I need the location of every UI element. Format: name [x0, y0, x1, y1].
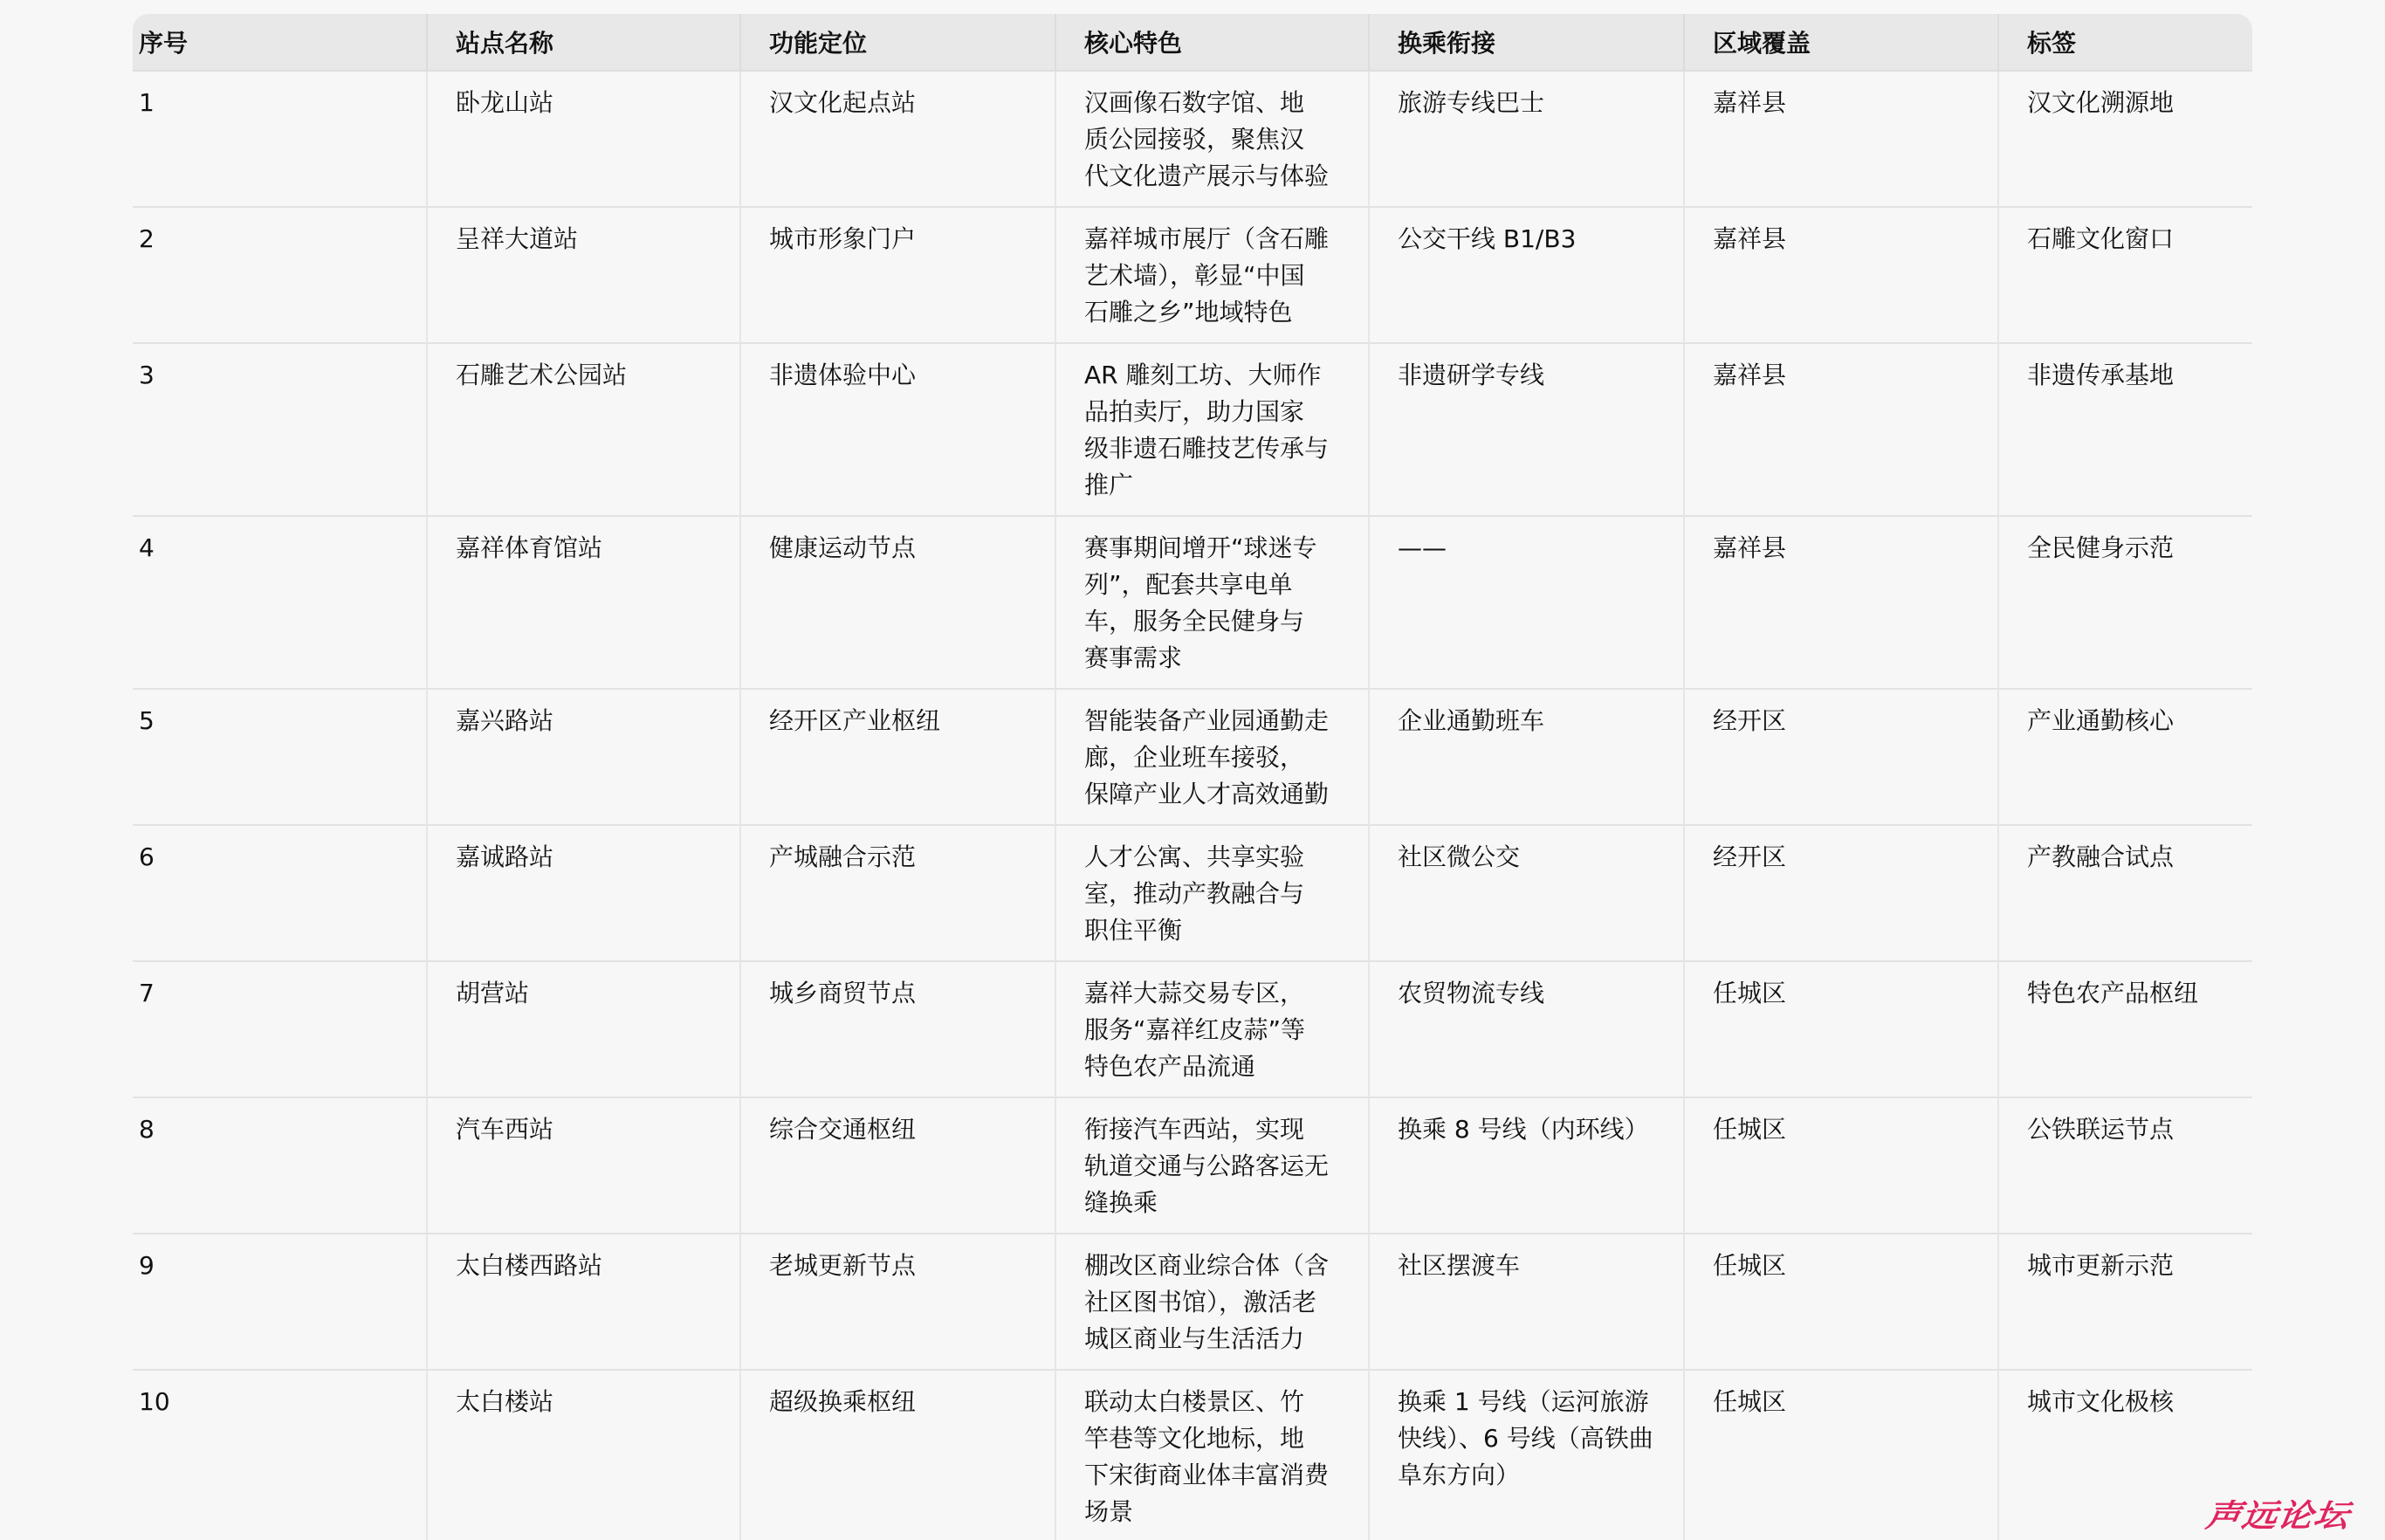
- cell-core-features-line: 特色农产品流通: [1084, 1048, 1351, 1085]
- cell-tag: 全民健身示范: [1997, 517, 2252, 690]
- cell-area: 任城区: [1683, 1371, 1997, 1540]
- cell-tag-text: 汉文化溯源地: [2027, 85, 2235, 121]
- cell-function-text: 综合交通枢纽: [769, 1111, 1037, 1148]
- cell-core-features: 嘉祥大蒜交易专区，服务“嘉祥红皮蒜”等特色农产品流通: [1055, 962, 1368, 1098]
- cell-station-name-text: 卧龙山站: [456, 85, 722, 121]
- cell-area-text: 任城区: [1713, 1248, 1980, 1284]
- cell-core-features: 人才公寓、共享实验室，推动产教融合与职住平衡: [1055, 826, 1368, 962]
- cell-no: 3: [133, 344, 426, 517]
- table-row[interactable]: 7胡营站城乡商贸节点嘉祥大蒜交易专区，服务“嘉祥红皮蒜”等特色农产品流通农贸物流…: [133, 962, 2252, 1098]
- cell-transfer-line: 公交干线 B1/B3: [1398, 221, 1666, 258]
- cell-core-features-line: 缝换乘: [1084, 1185, 1351, 1221]
- cell-station-name: 嘉诚路站: [426, 826, 739, 962]
- cell-no-text: 8: [139, 1111, 409, 1148]
- column-header-no[interactable]: 序号: [133, 14, 426, 72]
- cell-core-features-line: 职住平衡: [1084, 912, 1351, 949]
- cell-area: 任城区: [1683, 962, 1997, 1098]
- cell-core-features: 联动太白楼景区、竹竿巷等文化地标，地下宋街商业体丰富消费场景: [1055, 1371, 1368, 1540]
- cell-core-features: 智能装备产业园通勤走廊，企业班车接驳，保障产业人才高效通勤: [1055, 690, 1368, 826]
- cell-area-text: 嘉祥县: [1713, 85, 1980, 121]
- cell-transfer-line: 社区微公交: [1398, 839, 1666, 876]
- cell-area: 嘉祥县: [1683, 517, 1997, 690]
- cell-function-text: 健康运动节点: [769, 530, 1037, 567]
- cell-core-features-line: 棚改区商业综合体（含: [1084, 1248, 1351, 1284]
- cell-transfer-line: ——: [1398, 530, 1666, 567]
- cell-core-features-line: 赛事期间增开“球迷专: [1084, 530, 1351, 567]
- cell-station-name-text: 嘉诚路站: [456, 839, 722, 876]
- cell-core-features-line: 联动太白楼景区、竹: [1084, 1384, 1351, 1420]
- cell-core-features-line: 列”，配套共享电单: [1084, 567, 1351, 603]
- cell-function: 经开区产业枢纽: [739, 690, 1055, 826]
- cell-transfer-line: 阜东方向）: [1398, 1457, 1666, 1494]
- cell-core-features: 衔接汽车西站，实现轨道交通与公路客运无缝换乘: [1055, 1098, 1368, 1234]
- cell-core-features-line: 人才公寓、共享实验: [1084, 839, 1351, 876]
- cell-function-text: 经开区产业枢纽: [769, 703, 1037, 739]
- cell-tag: 城市更新示范: [1997, 1234, 2252, 1371]
- cell-area-text: 任城区: [1713, 975, 1980, 1012]
- table-row[interactable]: 6嘉诚路站产城融合示范人才公寓、共享实验室，推动产教融合与职住平衡社区微公交经开…: [133, 826, 2252, 962]
- cell-transfer: 旅游专线巴士: [1368, 72, 1683, 208]
- cell-function-text: 产城融合示范: [769, 839, 1037, 876]
- table-row[interactable]: 8汽车西站综合交通枢纽衔接汽车西站，实现轨道交通与公路客运无缝换乘换乘 8 号线…: [133, 1098, 2252, 1234]
- cell-core-features-line: 社区图书馆），激活老: [1084, 1284, 1351, 1321]
- cell-tag: 石雕文化窗口: [1997, 208, 2252, 344]
- cell-tag-text: 非遗传承基地: [2027, 357, 2235, 394]
- cell-station-name: 太白楼西路站: [426, 1234, 739, 1371]
- cell-area: 嘉祥县: [1683, 208, 1997, 344]
- cell-station-name-text: 嘉祥体育馆站: [456, 530, 722, 567]
- cell-no: 9: [133, 1234, 426, 1371]
- table-header: 序号 站点名称 功能定位 核心特色 换乘衔接 区域覆盖 标签: [133, 14, 2252, 72]
- cell-no-text: 3: [139, 357, 409, 394]
- cell-station-name: 卧龙山站: [426, 72, 739, 208]
- cell-station-name-text: 汽车西站: [456, 1111, 722, 1148]
- table-row[interactable]: 10太白楼站超级换乘枢纽联动太白楼景区、竹竿巷等文化地标，地下宋街商业体丰富消费…: [133, 1371, 2252, 1540]
- cell-no: 8: [133, 1098, 426, 1234]
- cell-transfer-line: 快线）、6 号线（高铁曲: [1398, 1420, 1666, 1457]
- cell-area-text: 嘉祥县: [1713, 530, 1980, 567]
- cell-core-features-line: 竿巷等文化地标，地: [1084, 1420, 1351, 1457]
- cell-function-text: 城市形象门户: [769, 221, 1037, 258]
- cell-no: 6: [133, 826, 426, 962]
- cell-transfer-line: 社区摆渡车: [1398, 1248, 1666, 1284]
- cell-core-features: 棚改区商业综合体（含社区图书馆），激活老城区商业与生活活力: [1055, 1234, 1368, 1371]
- cell-station-name: 嘉祥体育馆站: [426, 517, 739, 690]
- cell-transfer: 社区摆渡车: [1368, 1234, 1683, 1371]
- column-header-features[interactable]: 核心特色: [1055, 14, 1368, 72]
- cell-core-features-line: AR 雕刻工坊、大师作: [1084, 357, 1351, 394]
- cell-transfer-line: 换乘 1 号线（运河旅游: [1398, 1384, 1666, 1420]
- cell-no: 1: [133, 72, 426, 208]
- cell-station-name-text: 嘉兴路站: [456, 703, 722, 739]
- cell-tag-text: 石雕文化窗口: [2027, 221, 2235, 258]
- cell-no-text: 2: [139, 221, 409, 258]
- cell-function: 超级换乘枢纽: [739, 1371, 1055, 1540]
- cell-tag-text: 城市更新示范: [2027, 1248, 2235, 1284]
- cell-transfer: 换乘 8 号线（内环线）: [1368, 1098, 1683, 1234]
- cell-no: 7: [133, 962, 426, 1098]
- cell-transfer: 非遗研学专线: [1368, 344, 1683, 517]
- cell-function-text: 汉文化起点站: [769, 85, 1037, 121]
- cell-core-features: 嘉祥城市展厅（含石雕艺术墙），彰显“中国石雕之乡”地域特色: [1055, 208, 1368, 344]
- cell-tag: 公铁联运节点: [1997, 1098, 2252, 1234]
- cell-tag: 特色农产品枢纽: [1997, 962, 2252, 1098]
- cell-station-name-text: 太白楼站: [456, 1384, 722, 1420]
- cell-core-features-line: 车，服务全民健身与: [1084, 603, 1351, 640]
- cell-area-text: 嘉祥县: [1713, 357, 1980, 394]
- table-row[interactable]: 9太白楼西路站老城更新节点棚改区商业综合体（含社区图书馆），激活老城区商业与生活…: [133, 1234, 2252, 1371]
- cell-station-name: 呈祥大道站: [426, 208, 739, 344]
- cell-core-features-line: 品拍卖厅，助力国家: [1084, 394, 1351, 430]
- cell-core-features-line: 场景: [1084, 1494, 1351, 1530]
- cell-station-name-text: 胡营站: [456, 975, 722, 1012]
- cell-function: 城市形象门户: [739, 208, 1055, 344]
- cell-transfer: 换乘 1 号线（运河旅游快线）、6 号线（高铁曲阜东方向）: [1368, 1371, 1683, 1540]
- cell-station-name: 石雕艺术公园站: [426, 344, 739, 517]
- cell-function: 城乡商贸节点: [739, 962, 1055, 1098]
- cell-core-features-line: 保障产业人才高效通勤: [1084, 776, 1351, 813]
- cell-no-text: 7: [139, 975, 409, 1012]
- cell-tag: 汉文化溯源地: [1997, 72, 2252, 208]
- table-row[interactable]: 5嘉兴路站经开区产业枢纽智能装备产业园通勤走廊，企业班车接驳，保障产业人才高效通…: [133, 690, 2252, 826]
- cell-core-features-line: 汉画像石数字馆、地: [1084, 85, 1351, 121]
- cell-transfer: 企业通勤班车: [1368, 690, 1683, 826]
- cell-core-features: 赛事期间增开“球迷专列”，配套共享电单车，服务全民健身与赛事需求: [1055, 517, 1368, 690]
- cell-core-features-line: 级非遗石雕技艺传承与: [1084, 430, 1351, 467]
- cell-tag-text: 特色农产品枢纽: [2027, 975, 2235, 1012]
- column-header-transfer[interactable]: 换乘衔接: [1368, 14, 1683, 72]
- cell-transfer-line: 旅游专线巴士: [1398, 85, 1666, 121]
- cell-no: 2: [133, 208, 426, 344]
- cell-station-name: 胡营站: [426, 962, 739, 1098]
- cell-function: 老城更新节点: [739, 1234, 1055, 1371]
- cell-core-features-line: 代文化遗产展示与体验: [1084, 158, 1351, 195]
- station-table: 序号 站点名称 功能定位 核心特色 换乘衔接 区域覆盖 标签 1卧龙山站汉文化起…: [133, 14, 2252, 1540]
- cell-function: 综合交通枢纽: [739, 1098, 1055, 1234]
- column-header-area[interactable]: 区域覆盖: [1683, 14, 1997, 72]
- station-table-container: 序号 站点名称 功能定位 核心特色 换乘衔接 区域覆盖 标签 1卧龙山站汉文化起…: [133, 14, 2252, 1540]
- cell-core-features-line: 城区商业与生活活力: [1084, 1321, 1351, 1358]
- forum-watermark-logo: 声远论坛: [2203, 1498, 2383, 1534]
- column-header-tag[interactable]: 标签: [1997, 14, 2252, 72]
- cell-area: 任城区: [1683, 1098, 1997, 1234]
- cell-core-features-line: 廊，企业班车接驳，: [1084, 739, 1351, 776]
- cell-area-text: 嘉祥县: [1713, 221, 1980, 258]
- table-row[interactable]: 1卧龙山站汉文化起点站汉画像石数字馆、地质公园接驳，聚焦汉代文化遗产展示与体验旅…: [133, 72, 2252, 208]
- cell-core-features-line: 下宋街商业体丰富消费: [1084, 1457, 1351, 1494]
- cell-transfer-line: 非遗研学专线: [1398, 357, 1666, 394]
- cell-core-features: 汉画像石数字馆、地质公园接驳，聚焦汉代文化遗产展示与体验: [1055, 72, 1368, 208]
- cell-no-text: 10: [139, 1384, 409, 1420]
- cell-transfer: ——: [1368, 517, 1683, 690]
- cell-area: 嘉祥县: [1683, 344, 1997, 517]
- cell-transfer-line: 农贸物流专线: [1398, 975, 1666, 1012]
- cell-tag: 产教融合试点: [1997, 826, 2252, 962]
- cell-core-features-line: 嘉祥城市展厅（含石雕: [1084, 221, 1351, 258]
- cell-tag: 非遗传承基地: [1997, 344, 2252, 517]
- cell-tag-text: 公铁联运节点: [2027, 1111, 2235, 1148]
- cell-area-text: 任城区: [1713, 1111, 1980, 1148]
- cell-area: 嘉祥县: [1683, 72, 1997, 208]
- cell-no: 10: [133, 1371, 426, 1540]
- cell-function: 健康运动节点: [739, 517, 1055, 690]
- cell-transfer: 公交干线 B1/B3: [1368, 208, 1683, 344]
- cell-station-name-text: 呈祥大道站: [456, 221, 722, 258]
- cell-core-features-line: 赛事需求: [1084, 640, 1351, 677]
- cell-core-features-line: 质公园接驳，聚焦汉: [1084, 121, 1351, 158]
- cell-transfer-line: 换乘 8 号线（内环线）: [1398, 1111, 1666, 1148]
- cell-tag-text: 产教融合试点: [2027, 839, 2235, 876]
- cell-no-text: 5: [139, 703, 409, 739]
- cell-core-features-line: 室，推动产教融合与: [1084, 876, 1351, 912]
- table-row[interactable]: 2呈祥大道站城市形象门户嘉祥城市展厅（含石雕艺术墙），彰显“中国石雕之乡”地域特…: [133, 208, 2252, 344]
- cell-function-text: 老城更新节点: [769, 1248, 1037, 1284]
- cell-area: 任城区: [1683, 1234, 1997, 1371]
- column-header-station[interactable]: 站点名称: [426, 14, 739, 72]
- cell-function-text: 超级换乘枢纽: [769, 1384, 1037, 1420]
- cell-no-text: 1: [139, 85, 409, 121]
- cell-tag: 产业通勤核心: [1997, 690, 2252, 826]
- cell-function-text: 城乡商贸节点: [769, 975, 1037, 1012]
- column-header-function[interactable]: 功能定位: [739, 14, 1055, 72]
- cell-core-features-line: 艺术墙），彰显“中国: [1084, 258, 1351, 294]
- cell-area: 经开区: [1683, 690, 1997, 826]
- cell-core-features-line: 石雕之乡”地域特色: [1084, 294, 1351, 331]
- cell-no-text: 9: [139, 1248, 409, 1284]
- cell-core-features: AR 雕刻工坊、大师作品拍卖厅，助力国家级非遗石雕技艺传承与推广: [1055, 344, 1368, 517]
- cell-no-text: 4: [139, 530, 409, 567]
- cell-core-features-line: 轨道交通与公路客运无: [1084, 1148, 1351, 1185]
- table-body: 1卧龙山站汉文化起点站汉画像石数字馆、地质公园接驳，聚焦汉代文化遗产展示与体验旅…: [133, 72, 2252, 1540]
- cell-no: 5: [133, 690, 426, 826]
- cell-area: 经开区: [1683, 826, 1997, 962]
- cell-station-name-text: 石雕艺术公园站: [456, 357, 722, 394]
- cell-tag-text: 城市文化极核: [2027, 1384, 2235, 1420]
- cell-core-features-line: 推广: [1084, 467, 1351, 504]
- cell-function: 产城融合示范: [739, 826, 1055, 962]
- cell-station-name: 汽车西站: [426, 1098, 739, 1234]
- cell-station-name-text: 太白楼西路站: [456, 1248, 722, 1284]
- cell-core-features-line: 智能装备产业园通勤走: [1084, 703, 1351, 739]
- cell-function-text: 非遗体验中心: [769, 357, 1037, 394]
- table-row[interactable]: 4嘉祥体育馆站健康运动节点赛事期间增开“球迷专列”，配套共享电单车，服务全民健身…: [133, 517, 2252, 690]
- cell-tag-text: 产业通勤核心: [2027, 703, 2235, 739]
- cell-transfer: 社区微公交: [1368, 826, 1683, 962]
- cell-tag-text: 全民健身示范: [2027, 530, 2235, 567]
- cell-station-name: 嘉兴路站: [426, 690, 739, 826]
- cell-function: 非遗体验中心: [739, 344, 1055, 517]
- cell-transfer: 农贸物流专线: [1368, 962, 1683, 1098]
- header-row: 序号 站点名称 功能定位 核心特色 换乘衔接 区域覆盖 标签: [133, 14, 2252, 72]
- cell-no: 4: [133, 517, 426, 690]
- cell-station-name: 太白楼站: [426, 1371, 739, 1540]
- cell-no-text: 6: [139, 839, 409, 876]
- cell-function: 汉文化起点站: [739, 72, 1055, 208]
- table-row[interactable]: 3石雕艺术公园站非遗体验中心AR 雕刻工坊、大师作品拍卖厅，助力国家级非遗石雕技…: [133, 344, 2252, 517]
- cell-area-text: 经开区: [1713, 839, 1980, 876]
- cell-transfer-line: 企业通勤班车: [1398, 703, 1666, 739]
- cell-core-features-line: 服务“嘉祥红皮蒜”等: [1084, 1012, 1351, 1048]
- cell-core-features-line: 嘉祥大蒜交易专区，: [1084, 975, 1351, 1012]
- cell-core-features-line: 衔接汽车西站，实现: [1084, 1111, 1351, 1148]
- cell-area-text: 经开区: [1713, 703, 1980, 739]
- cell-area-text: 任城区: [1713, 1384, 1980, 1420]
